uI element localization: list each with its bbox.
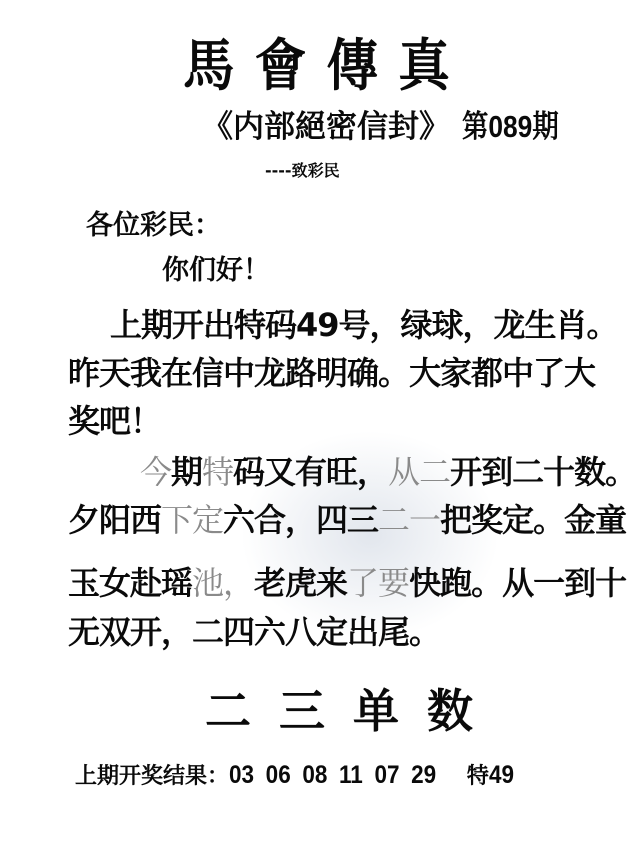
paragraph2-line2: 夕阳西下定六合，四三二一把奖定。金童 bbox=[68, 500, 626, 540]
fax-document-page: 馬會傳真 《内部絕密信封》第089期 ----致彩民 各位彩民： 你们好！ 上期… bbox=[0, 0, 640, 853]
greeting: 各位彩民： bbox=[86, 208, 221, 244]
paragraph2-line1: 今期特码又有旺，从二开到二十数。 bbox=[140, 452, 636, 492]
text-segment: 快跑。从一到十 bbox=[409, 564, 626, 602]
byline: ----致彩民 bbox=[265, 160, 340, 182]
text-segment: 夕阳西 bbox=[68, 501, 161, 539]
faded-text-segment: 池， bbox=[192, 564, 254, 602]
faded-text-segment: 下定 bbox=[161, 501, 223, 539]
text-segment: 玉女赴瑶 bbox=[68, 564, 192, 602]
faded-text-segment: 了要 bbox=[347, 564, 409, 602]
faded-text-segment: 今 bbox=[140, 453, 171, 491]
faded-text-segment: 二一 bbox=[378, 501, 440, 539]
special-label: 特 bbox=[467, 764, 489, 789]
text-segment: 六合，四三 bbox=[223, 501, 378, 539]
results-numbers: 03 06 08 11 07 29 bbox=[229, 760, 436, 790]
results-label: 上期开奖结果： bbox=[75, 764, 229, 789]
paragraph2-line3: 玉女赴瑶池，老虎来了要快跑。从一到十 bbox=[68, 563, 626, 603]
faded-text-segment: 从二 bbox=[388, 453, 450, 491]
paragraph1-line2: 昨天我在信中龙路明确。大家都中了大 bbox=[68, 353, 595, 393]
text-segment: 开到二十数。 bbox=[450, 453, 636, 491]
paragraph1-line3: 奖吧！ bbox=[68, 401, 161, 441]
issue-number: 第089期 bbox=[462, 107, 559, 147]
document-title: 馬會傳真 bbox=[183, 34, 470, 98]
subtitle-label: 《内部絕密信封》 bbox=[202, 109, 450, 145]
last-results: 上期开奖结果：03 06 08 11 07 29 特49 bbox=[75, 760, 517, 792]
paragraph2-line4: 无双开，二四六八定出尾。 bbox=[68, 612, 440, 652]
text-segment: 码又有旺， bbox=[233, 453, 388, 491]
faded-text-segment: 特 bbox=[202, 453, 233, 491]
text-segment: 把奖定。金童 bbox=[440, 501, 626, 539]
special-number: 49 bbox=[489, 760, 514, 790]
salutation: 你们好！ bbox=[162, 253, 270, 289]
highlight-prediction: 二三单数 bbox=[205, 683, 501, 739]
paragraph1-line1: 上期开出特码49号，绿球，龙生肖。 bbox=[110, 305, 618, 345]
document-subtitle: 《内部絕密信封》第089期 bbox=[202, 107, 576, 147]
text-segment: 老虎来 bbox=[254, 564, 347, 602]
text-segment: 期 bbox=[171, 453, 202, 491]
